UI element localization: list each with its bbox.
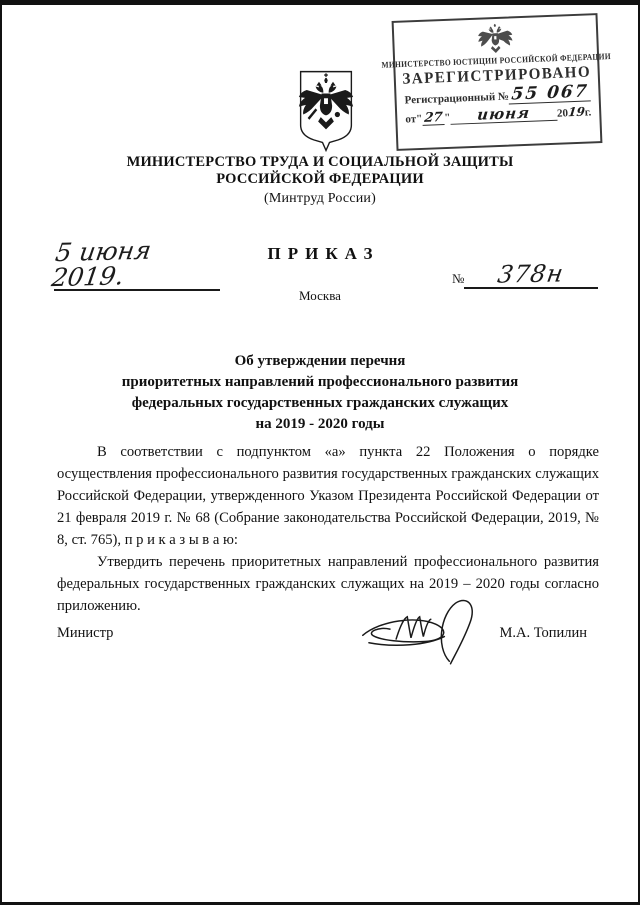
issue-city: Москва xyxy=(2,288,638,304)
body-paragraph-2: Утвердить перечень приоритетных направле… xyxy=(57,551,599,617)
document-title: Об утверждении перечня приоритетных напр… xyxy=(42,351,598,435)
document-date-handwritten: 5 июня 2019. xyxy=(50,236,224,291)
number-sign: № xyxy=(452,271,464,289)
document-number-field: № 378н xyxy=(452,251,598,289)
signature-block: Министр М.А. Топилин xyxy=(57,617,587,677)
title-line3: федеральных государственных гражданских … xyxy=(42,393,598,414)
document-date-field: 5 июня 2019. xyxy=(54,249,220,291)
document-page: МИНИСТЕРСТВО ЮСТИЦИИ РОССИЙСКОЙ ФЕДЕРАЦИ… xyxy=(0,0,640,905)
justice-registration-stamp: МИНИСТЕРСТВО ЮСТИЦИИ РОССИЙСКОЙ ФЕДЕРАЦИ… xyxy=(392,13,603,151)
title-line2: приоритетных направлений профессионально… xyxy=(42,372,598,393)
document-body: В соответствии с подпунктом «а» пункта 2… xyxy=(57,441,599,617)
ministry-short-name: (Минтруд России) xyxy=(2,190,638,207)
minister-signature-icon xyxy=(357,597,507,665)
ministry-name-line1: МИНИСТЕРСТВО ТРУДА И СОЦИАЛЬНОЙ ЗАЩИТЫ xyxy=(2,154,638,171)
stamp-year-handwritten: 19 xyxy=(567,106,585,119)
double-headed-eagle-icon xyxy=(475,21,516,55)
signer-name: М.А. Топилин xyxy=(499,625,587,642)
signer-position: Министр xyxy=(57,625,113,642)
body-paragraph-1: В соответствии с подпунктом «а» пункта 2… xyxy=(57,441,599,551)
title-line4: на 2019 - 2020 годы xyxy=(42,414,598,435)
stamp-reg-number-handwritten: 55 067 xyxy=(510,83,589,103)
stamp-date-prefix: от xyxy=(405,113,416,125)
stamp-date-day-handwritten: 27 xyxy=(424,111,443,125)
stamp-date-month-handwritten: июня xyxy=(476,106,530,123)
ministry-name-line2: РОССИЙСКОЙ ФЕДЕРАЦИИ xyxy=(2,171,638,188)
title-line1: Об утверждении перечня xyxy=(42,351,598,372)
ministry-heading: МИНИСТЕРСТВО ТРУДА И СОЦИАЛЬНОЙ ЗАЩИТЫ Р… xyxy=(2,154,638,207)
stamp-year-printed: 20 xyxy=(557,107,568,119)
russia-coat-of-arms-icon xyxy=(295,69,357,153)
document-number-handwritten: 378н xyxy=(496,261,566,286)
